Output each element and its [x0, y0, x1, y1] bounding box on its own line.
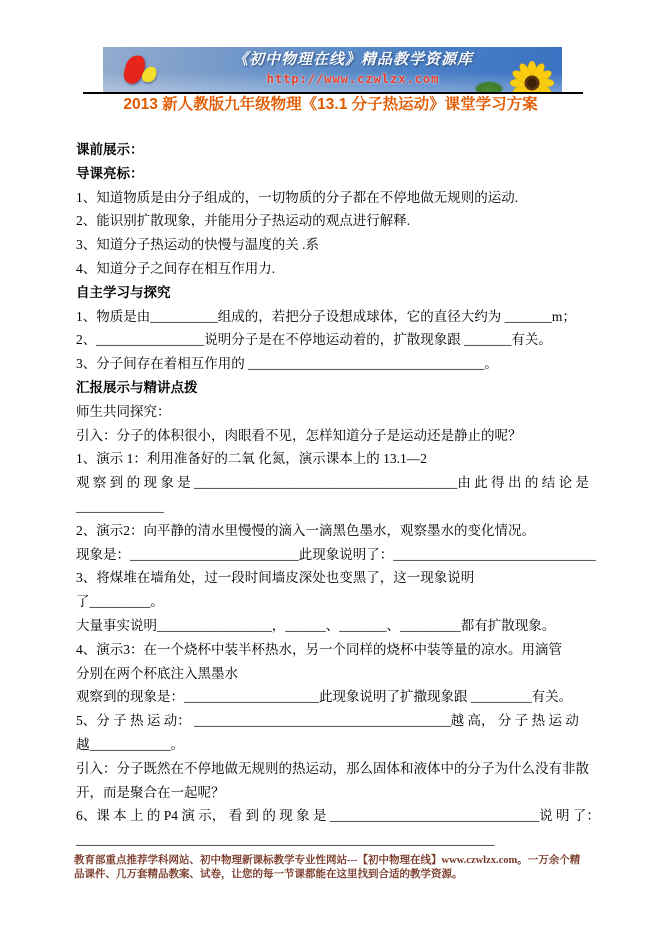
heading-lesson-goals: 导课亮标：: [76, 162, 588, 186]
sunflower-icon: [510, 61, 554, 92]
demo-3-line-2: 分别在两个杯底注入黑墨水: [76, 662, 588, 686]
document-page: 《初中物理在线》精品教学资源库 http://www.czwlzx.com: [0, 0, 661, 936]
green-plant-icon: [474, 81, 504, 92]
heading-class-preview: 课前展示：: [76, 138, 588, 162]
intro-question-2-line-2: 开，而是聚合在一起呢？: [76, 781, 588, 805]
goal-1: 1、知道物质是由分子组成的，一切物质的分子都在不停地做无规则的运动.: [76, 186, 588, 210]
demo-3-observation: 观察到的现象是：____________________此现象说明了扩撒现象跟 …: [76, 685, 588, 709]
demo-p4: 6、课 本 上 的 P4 演 示， 看 到 的 现 象 是 __________…: [76, 804, 588, 828]
demo-2: 2、演示2：向平静的清水里慢慢的滴入一滴黑色墨水，观察墨水的变化情况。: [76, 519, 588, 543]
demo-1-observation: 观 察 到 的 现 象 是 __________________________…: [76, 471, 588, 495]
banner-site-url[interactable]: http://www.czwlzx.com: [223, 71, 483, 87]
intro-question-2-line-1: 引入：分子既然在不停地做无规则的热运动，那么固体和液体中的分子为什么没有非散: [76, 757, 588, 781]
fill-blank-2: 2、________________说明分子是在不停地运动着的，扩散现象跟 __…: [76, 328, 588, 352]
site-banner: 《初中物理在线》精品教学资源库 http://www.czwlzx.com: [103, 47, 562, 92]
demo-3-line-1: 4、演示3：在一个烧杯中装半杯热水，另一个同样的烧杯中装等量的凉水。用滴管: [76, 638, 588, 662]
demo-1: 1、演示 1：利用准备好的二氧 化氮，演示课本上的 13.1—2: [76, 447, 588, 471]
goal-3: 3、知道分子热运动的快慢与温度的关 .系: [76, 233, 588, 257]
heading-self-study: 自主学习与探究: [76, 281, 588, 305]
demo-p4-blank: ________________________________________…: [76, 828, 588, 852]
site-logo-icon: [119, 53, 167, 87]
document-body: 课前展示： 导课亮标： 1、知道物质是由分子组成的，一切物质的分子都在不停地做无…: [76, 138, 588, 852]
demo-1-conclusion-blank: _____________: [76, 495, 588, 519]
fill-blank-3: 3、分子间存在着相互作用的 __________________________…: [76, 352, 588, 376]
banner-text-block: 《初中物理在线》精品教学资源库 http://www.czwlzx.com: [223, 49, 483, 87]
goal-4: 4、知道分子之间存在相互作用力.: [76, 257, 588, 281]
molecular-motion-definition-2: 越____________。: [76, 733, 588, 757]
intro-question-1: 引入：分子的体积很小，肉眼看不见，怎样知道分子是运动还是静止的呢？: [76, 424, 588, 448]
subheading-joint-inquiry: 师生共同探究：: [76, 400, 588, 424]
coal-example-line-1: 3、将煤堆在墙角处，过一段时间墙皮深处也变黑了，这一现象说明: [76, 566, 588, 590]
fill-blank-1: 1、物质是由__________组成的，若把分子设想成球体，它的直径大约为 __…: [76, 305, 588, 329]
page-title: 2013 新人教版九年级物理《13.1 分子热运动》课堂学习方案: [0, 94, 661, 116]
footer-note: 教育部重点推荐学科网站、初中物理新课标教学专业性网站---【初中物理在线】www…: [74, 854, 590, 882]
demo-2-observation: 现象是：_________________________此现象说明了：____…: [76, 543, 588, 567]
coal-example-line-2: 了_________。: [76, 590, 588, 614]
diffusion-summary: 大量事实说明_________________，______、_______、_…: [76, 614, 588, 638]
heading-report-guidance: 汇报展示与精讲点拨: [76, 376, 588, 400]
goal-2: 2、能识别扩散现象，并能用分子热运动的观点进行解释.: [76, 209, 588, 233]
banner-site-title: 《初中物理在线》精品教学资源库: [223, 49, 483, 71]
molecular-motion-definition: 5、分 子 热 运 动： ___________________________…: [76, 709, 588, 733]
